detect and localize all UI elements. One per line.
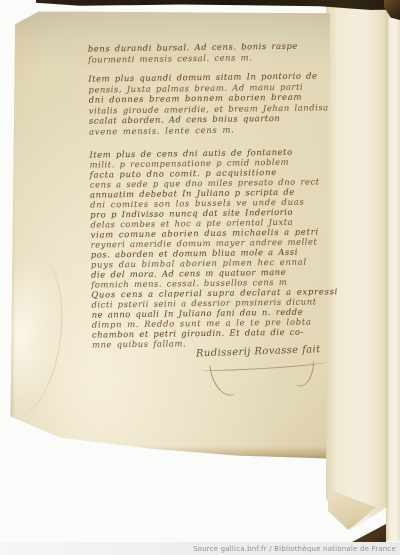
paragraph-2: Item plus quandi domum sitam In pontorio…	[88, 70, 317, 136]
back-page-edge	[386, 2, 400, 541]
handwritten-text-block: bens durandi bursal. Ad cens. bonis rasp…	[88, 40, 320, 349]
paragraph-1: bens durandi bursal. Ad cens. bonis rasp…	[88, 40, 316, 64]
binding-glimpse-triangle	[352, 524, 386, 542]
attribution-text: Source gallica.bnf.fr / Bibliothèque nat…	[193, 545, 400, 553]
paragraph-3: Item plus de cens dni autis de fontaneto…	[89, 146, 320, 349]
flyleaf-page-edge	[326, 5, 388, 530]
text-line: avene mensis. lente cens m.	[89, 123, 317, 137]
attribution-bar: Source gallica.bnf.fr / Bibliothèque nat…	[0, 542, 400, 555]
parchment-left-rim	[8, 6, 15, 462]
text-line: fourmenti mensis cessal. cens m.	[88, 51, 316, 65]
manuscript-scan-page: bens durandi bursal. Ad cens. bonis rasp…	[0, 0, 400, 555]
parchment-bottom-rim	[8, 446, 332, 462]
